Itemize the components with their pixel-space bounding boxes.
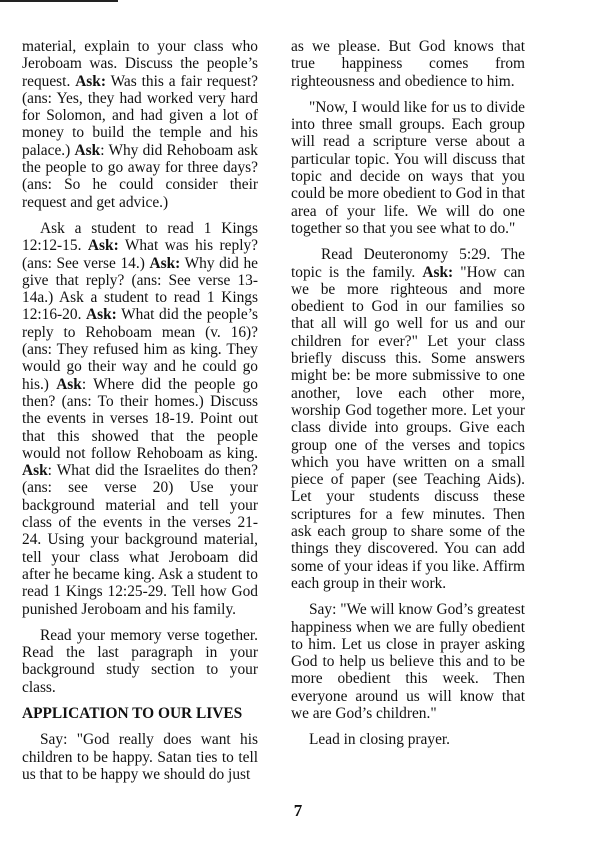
ask-label: Ask: xyxy=(88,237,119,254)
paragraph-memory-verse: Read your memory verse together. Read th… xyxy=(22,627,258,696)
paragraph-deuteronomy: Read Deuteronomy 5:29. The topic is the … xyxy=(291,246,525,592)
ask-label: Ask xyxy=(75,142,101,159)
paragraph-say-happy: Say: "God really does want his children … xyxy=(22,731,258,783)
ask-label: Ask: xyxy=(75,73,106,90)
page-number: 7 xyxy=(0,801,596,821)
section-heading-application: APPLICATION TO OUR LIVES xyxy=(22,705,258,722)
paragraph-small-groups: "Now, I would like for us to divide into… xyxy=(291,99,525,237)
paragraph-true-happiness: as we please. But God knows that true ha… xyxy=(291,38,525,90)
paragraph-closing-prayer: Lead in closing prayer. xyxy=(291,731,525,748)
ask-label: Ask xyxy=(22,462,48,479)
right-column: as we please. But God knows that true ha… xyxy=(291,38,525,758)
paragraph-jeroboam-request: material, explain to your class who Jero… xyxy=(22,38,258,211)
paragraph-read-kings: Ask a student to read 1 Kings 12:12-15. … xyxy=(22,220,258,618)
ask-label: Ask xyxy=(56,376,82,393)
ask-label: Ask: xyxy=(86,306,117,323)
ask-label: Ask: xyxy=(149,255,180,272)
ask-label: Ask: xyxy=(422,264,453,281)
paragraph-greatest-happiness: Say: "We will know God’s greatest happin… xyxy=(291,601,525,722)
left-column: material, explain to your class who Jero… xyxy=(22,38,258,792)
scan-edge-line xyxy=(0,0,118,2)
